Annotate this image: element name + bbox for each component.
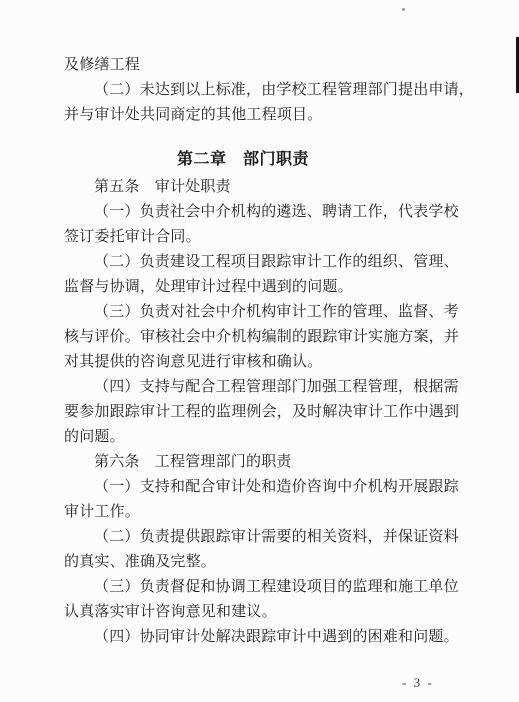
body-line: 审计工作。 <box>64 500 460 525</box>
body-line: （四）支持与配合工程管理部门加强工程管理，根据需 <box>64 375 460 400</box>
body-line: （二）负责提供跟踪审计需要的相关资料，并保证资料 <box>64 525 460 550</box>
body-line: 并与审计处共同商定的其他工程项目。 <box>64 103 460 128</box>
body-line: （三）负责对社会中介机构审计工作的管理、监督、考 <box>64 300 460 325</box>
body-line: 的问题。 <box>64 425 460 450</box>
body-line: （四）协同审计处解决跟踪审计中遇到的困难和问题。 <box>64 625 460 650</box>
document-body: 及修缮工程 （二）未达到以上标准，由学校工程管理部门提出申请， 并与审计处共同商… <box>64 53 460 650</box>
page-number: - 3 - <box>402 676 434 690</box>
article-heading-line: 第六条 工程管理部门的职责 <box>64 450 460 475</box>
scan-artifact-dot <box>402 8 405 11</box>
body-line: （一）负责社会中介机构的遴选、聘请工作，代表学校 <box>64 200 460 225</box>
body-line: （二）负责建设工程项目跟踪审计工作的组织、管理、 <box>64 250 460 275</box>
body-line: 的真实、准确及完整。 <box>64 550 460 575</box>
body-line: （三）负责督促和协调工程建设项目的监理和施工单位 <box>64 575 460 600</box>
body-line: 对其提供的咨询意见进行审核和确认。 <box>64 350 460 375</box>
body-line: 及修缮工程 <box>64 53 460 78</box>
body-line: （一）支持和配合审计处和造价咨询中介机构开展跟踪 <box>64 475 460 500</box>
body-line: 认真落实审计咨询意见和建议。 <box>64 600 460 625</box>
article-heading-line: 第五条 审计处职责 <box>64 175 460 200</box>
body-line: 签订委托审计合同。 <box>64 225 460 250</box>
document-page: 及修缮工程 （二）未达到以上标准，由学校工程管理部门提出申请， 并与审计处共同商… <box>0 0 519 702</box>
chapter-heading: 第二章 部门职责 <box>45 147 441 172</box>
body-line: （二）未达到以上标准，由学校工程管理部门提出申请， <box>64 78 460 103</box>
body-line: 监督与协调，处理审计过程中遇到的问题。 <box>64 275 460 300</box>
body-line: 核与评价。审核社会中介机构编制的跟踪审计实施方案，并 <box>64 325 460 350</box>
body-line: 要参加跟踪审计工程的监理例会，及时解决审计工作中遇到 <box>64 400 460 425</box>
